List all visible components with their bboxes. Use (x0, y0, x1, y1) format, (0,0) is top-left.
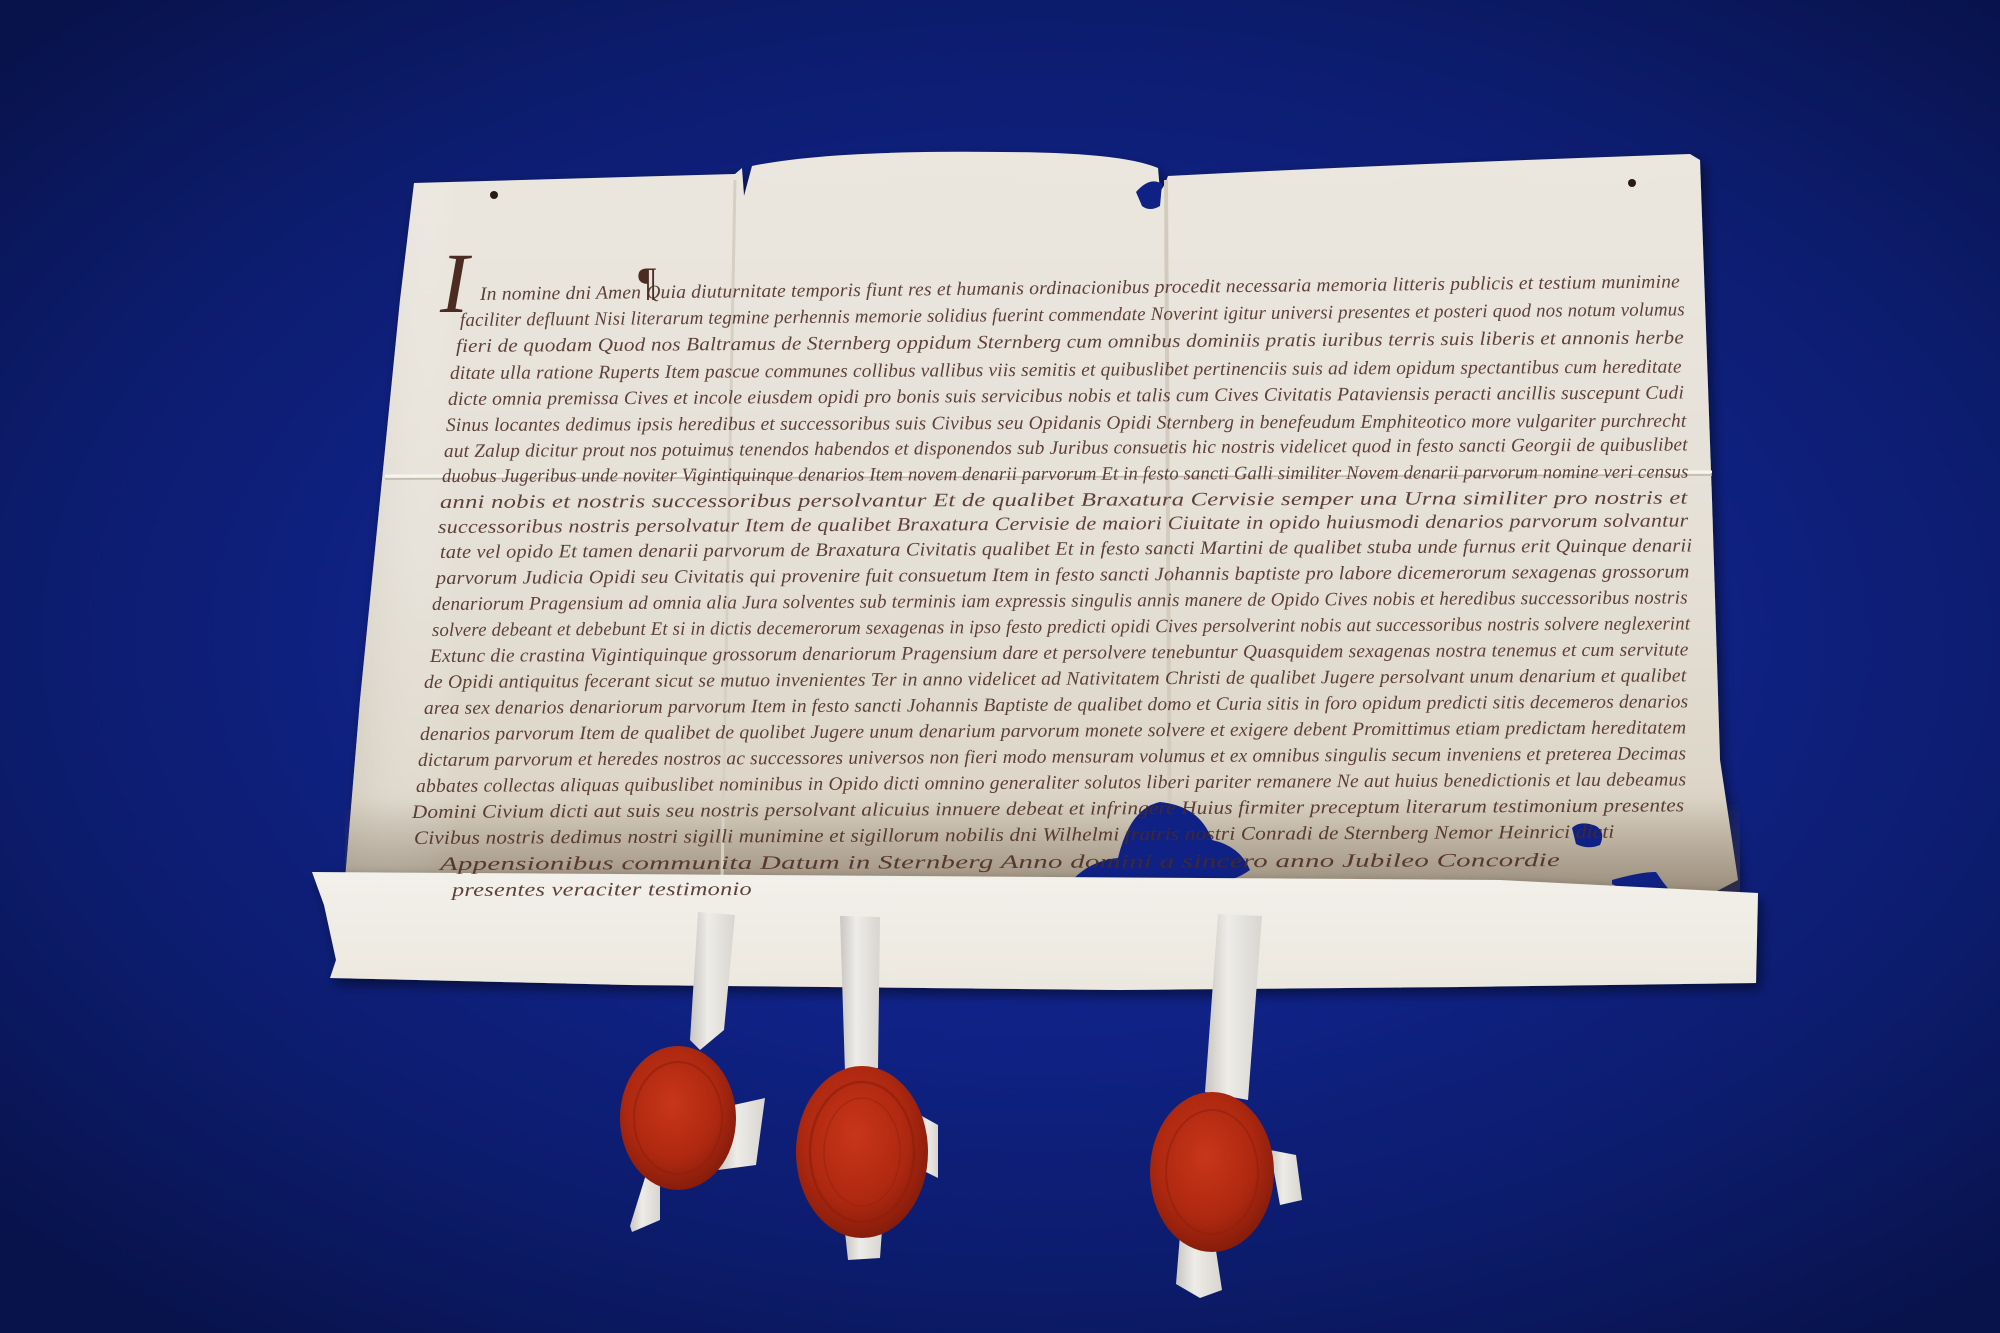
wax-seal-1 (620, 1046, 736, 1190)
parchment-sheet (345, 152, 1740, 900)
charter-photograph (0, 0, 2000, 1333)
wax-seal-2 (796, 1066, 928, 1238)
seal-strap-1 (690, 912, 735, 1050)
seal-strap-2 (840, 916, 880, 1072)
wax-seal-3 (1150, 1092, 1274, 1252)
plica-fold-flap (312, 872, 1758, 990)
